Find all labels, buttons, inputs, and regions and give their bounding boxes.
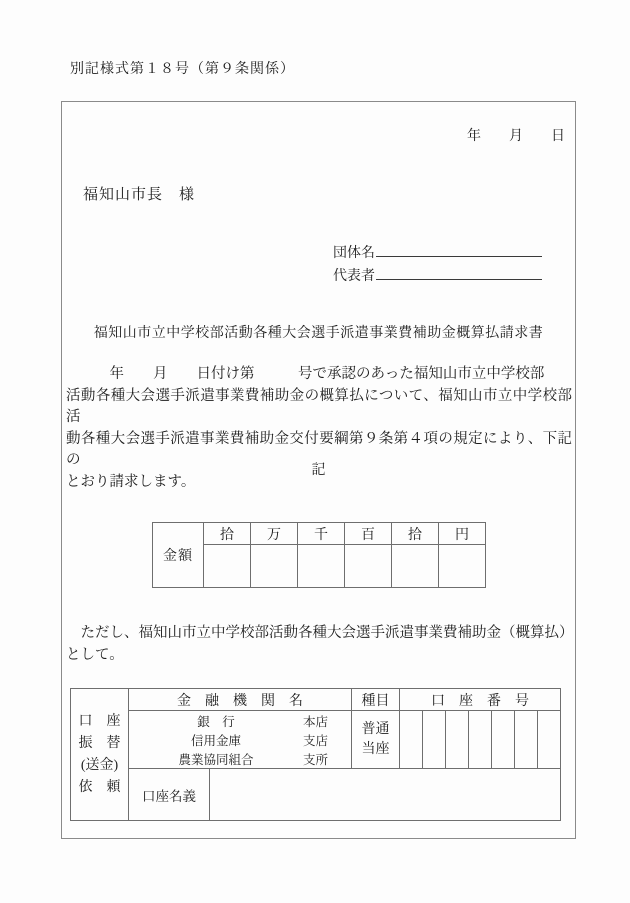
document-title: 福知山市立中学校部活動各種大会選手派遣事業費補助金概算払請求書 <box>62 322 575 342</box>
account-holder-blank[interactable] <box>210 769 561 821</box>
amount-col-yen: 円 <box>439 523 486 545</box>
account-type-ordinary: 普通 <box>352 720 399 740</box>
institution-options: 銀 行 本店 信用金庫 支店 農業協同組合 支所 <box>129 711 352 769</box>
amount-digit-cell[interactable] <box>204 545 251 588</box>
body-line: 年 月 日付け第 号で承認のあった福知山市立中学校部 <box>66 364 572 386</box>
account-type-current: 当座 <box>352 740 399 760</box>
account-holder-label: 口座名義 <box>129 769 210 821</box>
branch-name: 本店 <box>303 712 351 730</box>
addressee: 福知山市長 様 <box>83 183 195 204</box>
branch-name: 支所 <box>303 750 351 768</box>
signer-fields: 団体名 代表者 <box>333 242 542 288</box>
account-number-cell[interactable] <box>515 711 538 769</box>
form-number: 別記様式第１８号（第９条関係） <box>70 58 295 78</box>
account-number-cell[interactable] <box>423 711 446 769</box>
amount-col-ten-thousands: 万 <box>251 523 298 545</box>
account-number-cell[interactable] <box>446 711 469 769</box>
document-frame: 年 月 日 福知山市長 様 団体名 代表者 福知山市立中学校部活動各種大会選手派… <box>61 101 576 839</box>
representative-label: 代表者 <box>333 269 375 284</box>
account-number-cell[interactable] <box>469 711 492 769</box>
account-number-cell[interactable] <box>400 711 423 769</box>
bank-name: 農業協同組合 <box>129 750 303 768</box>
amount-table: 金額 拾 万 千 百 拾 円 <box>152 522 486 588</box>
account-type-options: 普通 当座 <box>352 711 400 769</box>
bank-name: 信用金庫 <box>129 731 303 749</box>
institution-option-agricultural-coop: 農業協同組合 支所 <box>129 749 351 768</box>
ki-marker: 記 <box>62 459 575 479</box>
org-name-field: 団体名 <box>333 242 542 265</box>
amount-label: 金額 <box>153 523 204 588</box>
proviso-paragraph: ただし、福知山市立中学校部活動各種大会選手派遣事業費補助金（概算払） として。 <box>66 622 572 666</box>
account-number-cell[interactable] <box>538 711 561 769</box>
org-name-label: 団体名 <box>333 246 375 261</box>
document-page: 別記様式第１８号（第９条関係） 年 月 日 福知山市長 様 団体名 代表者 福知… <box>0 0 630 903</box>
date-line: 年 月 日 <box>62 125 575 145</box>
institution-option-credit-union: 信用金庫 支店 <box>129 730 351 749</box>
bank-transfer-table: 口 座 振 替 (送金) 依 頼 金 融 機 関 名 種目 口 座 番 号 銀 … <box>70 688 561 821</box>
representative-field: 代表者 <box>333 265 542 288</box>
amount-col-ten-thousands-x10: 拾 <box>204 523 251 545</box>
bank-name: 銀 行 <box>129 712 303 730</box>
amount-col-hundreds: 百 <box>345 523 392 545</box>
proviso-line: ただし、福知山市立中学校部活動各種大会選手派遣事業費補助金（概算払） <box>66 622 572 644</box>
institution-header: 金 融 機 関 名 <box>129 689 352 711</box>
transfer-request-label: 口 座 振 替 (送金) 依 頼 <box>71 689 129 821</box>
proviso-line: として。 <box>66 644 572 666</box>
representative-blank[interactable] <box>376 266 542 280</box>
account-number-cell[interactable] <box>492 711 515 769</box>
account-number-header: 口 座 番 号 <box>400 689 561 711</box>
body-line: 活動各種大会選手派遣事業費補助金の概算払について、福知山市立中学校部活 <box>66 386 572 429</box>
amount-col-thousands: 千 <box>298 523 345 545</box>
org-name-blank[interactable] <box>376 243 542 257</box>
branch-name: 支店 <box>303 731 351 749</box>
account-type-header: 種目 <box>352 689 400 711</box>
amount-digit-cell[interactable] <box>392 545 439 588</box>
institution-option-bank: 銀 行 本店 <box>129 711 351 730</box>
amount-digit-cell[interactable] <box>345 545 392 588</box>
amount-digit-cell[interactable] <box>251 545 298 588</box>
amount-digit-cell[interactable] <box>439 545 486 588</box>
amount-digit-cell[interactable] <box>298 545 345 588</box>
amount-col-tens: 拾 <box>392 523 439 545</box>
